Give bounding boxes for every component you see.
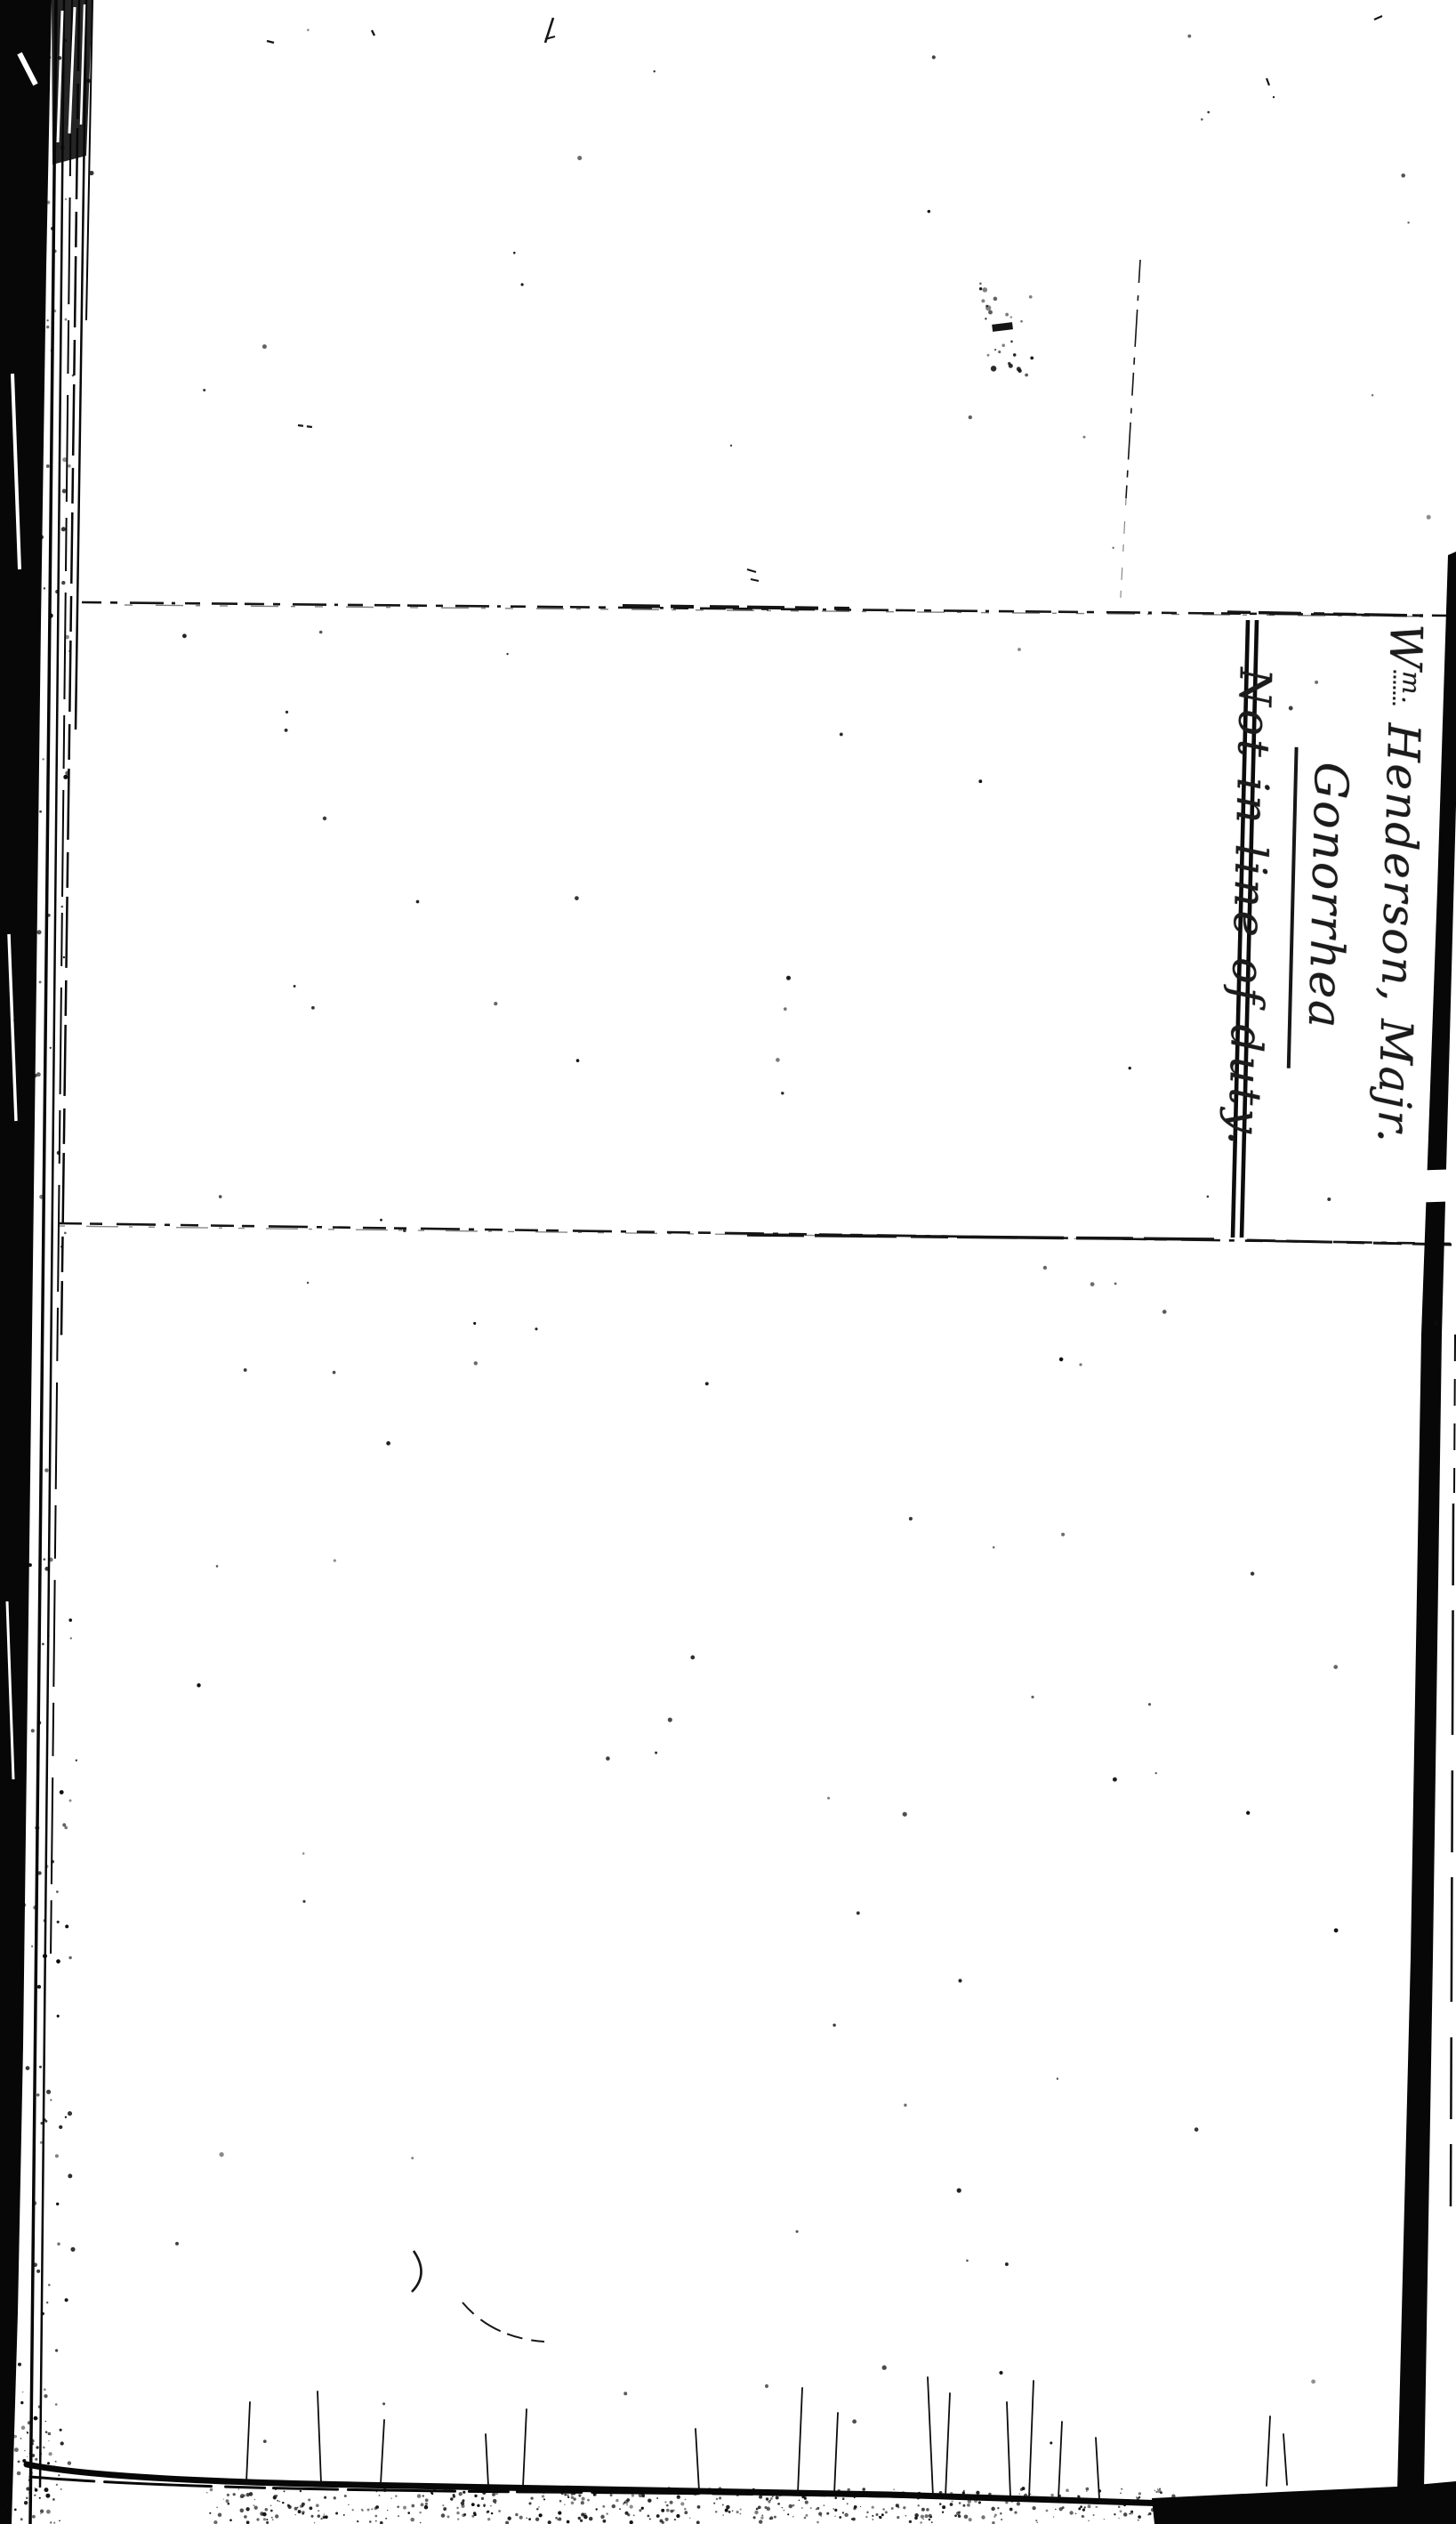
handwriting-block: Wm.Henderson, Majr. Gonorrhea Not in lin… — [1201, 619, 1452, 1265]
diagnosis-handwriting: Gonorrhea — [1279, 747, 1370, 1263]
duty-note-handwriting: Not in line of duty. — [1201, 667, 1293, 1262]
scan-artifacts — [0, 0, 1456, 2524]
binding-edge — [0, 0, 93, 2524]
scanned-document-page: Wm.Henderson, Majr. Gonorrhea Not in lin… — [0, 0, 1456, 2524]
patient-name-handwriting: Wm.Henderson, Majr. — [1357, 623, 1452, 1265]
hair-streaks — [246, 2377, 1287, 2499]
name-rest: Henderson, Majr. — [1368, 722, 1430, 1145]
bottom-page-edge — [1, 2377, 1456, 2524]
name-initial: W — [1380, 623, 1432, 672]
name-superscript: m. — [1393, 671, 1426, 706]
crease-line — [1120, 260, 1140, 612]
diagnosis-word: Gonorrhea — [1287, 747, 1358, 1069]
page-rule-top — [82, 602, 1452, 617]
